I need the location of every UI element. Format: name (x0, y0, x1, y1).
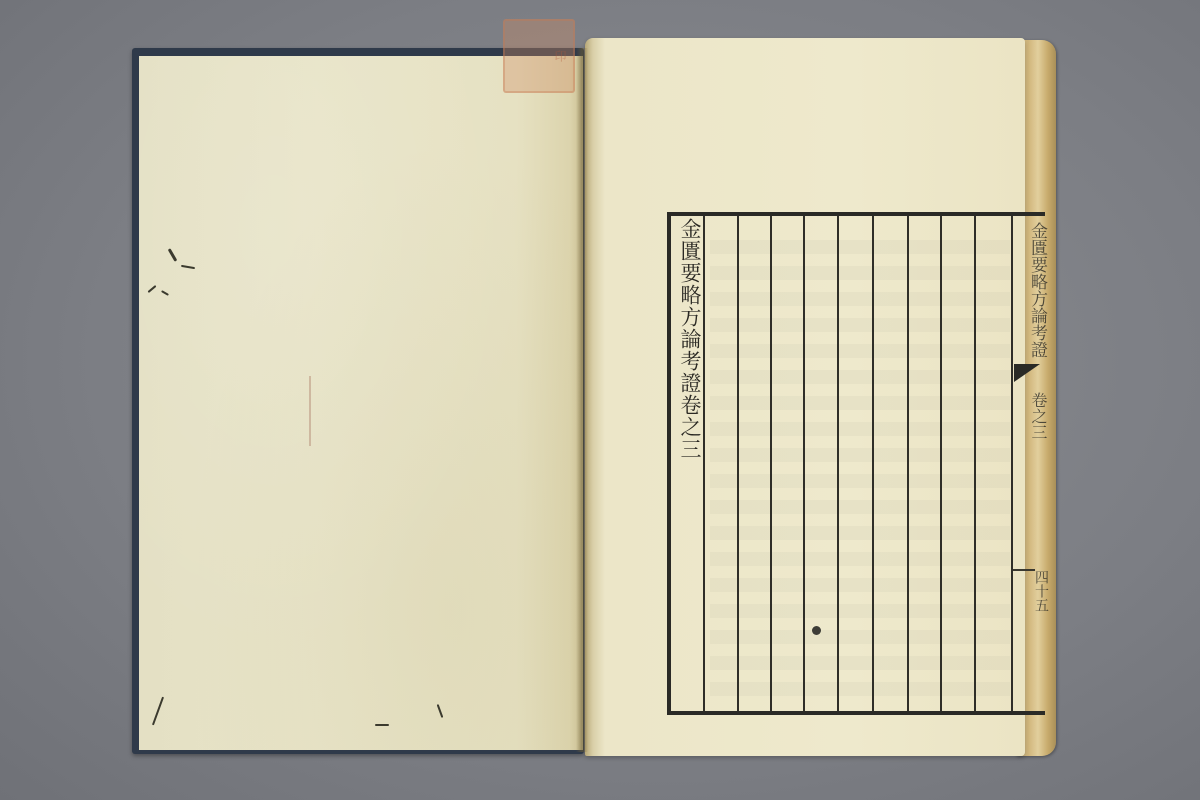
column-rule (737, 216, 739, 711)
left-endpaper (139, 56, 583, 750)
volume-title: 金匱要略方論考證卷之三 (673, 218, 705, 460)
column-rule (974, 216, 976, 711)
fiber-mark (309, 376, 311, 446)
column-rule (837, 216, 839, 711)
column-rule (907, 216, 909, 711)
wormhole-mark (148, 285, 157, 293)
column-rule (872, 216, 874, 711)
printed-frame (667, 212, 1045, 715)
wormhole-mark (181, 265, 195, 269)
wormhole-mark (152, 697, 164, 726)
ownership-seal: 印 (503, 19, 575, 93)
column-rule (803, 216, 805, 711)
seal-text: 印 (511, 27, 567, 85)
gutter-shadow (576, 48, 588, 752)
ink-spot (812, 626, 821, 635)
column-rule (940, 216, 942, 711)
banxin-title: 金匱要略方論考證 (1018, 222, 1048, 358)
column-rule (770, 216, 772, 711)
fishtail-mark-icon (1014, 364, 1040, 382)
page-number: 四十五 (1020, 570, 1048, 612)
wormhole-mark (161, 290, 169, 296)
banxin-border (1011, 216, 1013, 711)
wormhole-mark (375, 724, 389, 726)
wormhole-mark (168, 248, 178, 262)
banxin-volume: 卷之三 (1020, 392, 1048, 440)
wormhole-mark (437, 704, 444, 718)
